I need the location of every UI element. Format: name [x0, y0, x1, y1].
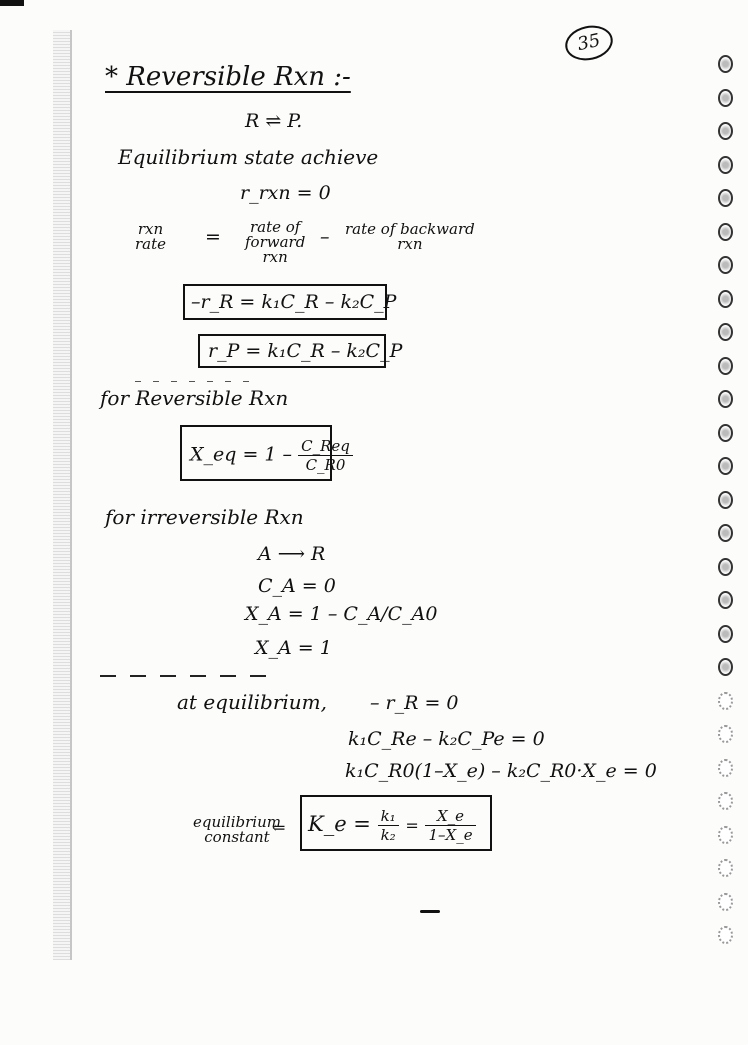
- binding-hole: [718, 424, 733, 442]
- equilibrium-constant-label: equilibriumconstant: [193, 815, 281, 845]
- binding-hole: [718, 692, 733, 710]
- equilibrium-label: at equilibrium,: [177, 690, 327, 714]
- rate-def-minus: –: [320, 226, 330, 248]
- binding-hole: [718, 223, 733, 241]
- binding-hole: [718, 491, 733, 509]
- scan-corner-mark: [0, 0, 24, 6]
- equilibrium-line-1: – r_R = 0: [370, 692, 459, 714]
- binding-hole: [718, 658, 733, 676]
- end-mark: [420, 910, 440, 913]
- rate-def-equals: =: [205, 226, 221, 248]
- binding-hole: [718, 759, 733, 777]
- binding-hole: [718, 256, 733, 274]
- dashed-divider: [135, 381, 255, 382]
- binding-hole: [718, 357, 733, 375]
- binding-hole: [718, 390, 733, 408]
- boxed-rate-equation-reactant: –r_R = k₁C_R – k₂C_P: [183, 284, 387, 320]
- arrow-left-icon: ⇐: [272, 818, 285, 837]
- binding-hole: [718, 826, 733, 844]
- page-title: * Reversible Rxn :-: [105, 62, 351, 92]
- binding-hole: [718, 893, 733, 911]
- binding-margin-strip: [53, 30, 72, 960]
- rate-def-forward: rate offorwardrxn: [245, 220, 305, 265]
- binding-hole: [718, 189, 733, 207]
- binding-hole: [718, 55, 733, 73]
- binding-hole: [718, 323, 733, 341]
- binding-hole: [718, 290, 733, 308]
- boxed-equilibrium-constant: K_e = k₁k₂ = X_e1–X_e: [300, 795, 492, 851]
- irreversible-line-4: X_A = 1: [255, 637, 332, 659]
- reaction-equation: R ⇌ P.: [245, 110, 302, 132]
- binding-hole: [718, 89, 733, 107]
- binding-hole: [718, 156, 733, 174]
- binding-hole: [718, 725, 733, 743]
- equilibrium-constant-formula: K_e = k₁k₂ = X_e1–X_e: [308, 807, 476, 844]
- binding-hole: [718, 625, 733, 643]
- binding-hole: [718, 926, 733, 944]
- boxed-rate-equation-product: r_P = k₁C_R – k₂C_P: [198, 334, 386, 368]
- irreversible-line-2: C_A = 0: [258, 575, 336, 597]
- binding-hole: [718, 558, 733, 576]
- equilibrium-note: Equilibrium state achieve: [118, 145, 378, 169]
- spiral-binding-holes: [718, 55, 748, 955]
- irreversible-line-3: X_A = 1 – C_A/C_A0: [245, 603, 437, 625]
- rate-equation-text: –r_R = k₁C_R – k₂C_P: [191, 291, 396, 313]
- dashed-divider: [100, 675, 280, 677]
- rate-def-lhs: rxnrate: [135, 222, 166, 252]
- equilibrium-line-3: k₁C_R0(1–X_e) – k₂C_R0·X_e = 0: [345, 760, 657, 782]
- binding-hole: [718, 122, 733, 140]
- equilibrium-line-2: k₁C_Re – k₂C_Pe = 0: [348, 728, 545, 750]
- page-number: 35: [562, 21, 616, 64]
- binding-hole: [718, 457, 733, 475]
- irreversible-heading: for irreversible Rxn: [105, 505, 304, 529]
- binding-hole: [718, 859, 733, 877]
- reversible-heading: for Reversible Rxn: [100, 386, 288, 410]
- rate-zero-equation: r_rxn = 0: [240, 182, 331, 204]
- boxed-conversion-formula: X_eq = 1 – C_ReqC_R0: [180, 425, 332, 481]
- binding-hole: [718, 792, 733, 810]
- binding-hole: [718, 591, 733, 609]
- conversion-formula: X_eq = 1 – C_ReqC_R0: [190, 437, 353, 474]
- rate-def-backward: rate of backwardrxn: [345, 222, 475, 252]
- binding-hole: [718, 524, 733, 542]
- rate-equation-text: r_P = k₁C_R – k₂C_P: [208, 340, 402, 362]
- irreversible-line-1: A ⟶ R: [258, 543, 325, 565]
